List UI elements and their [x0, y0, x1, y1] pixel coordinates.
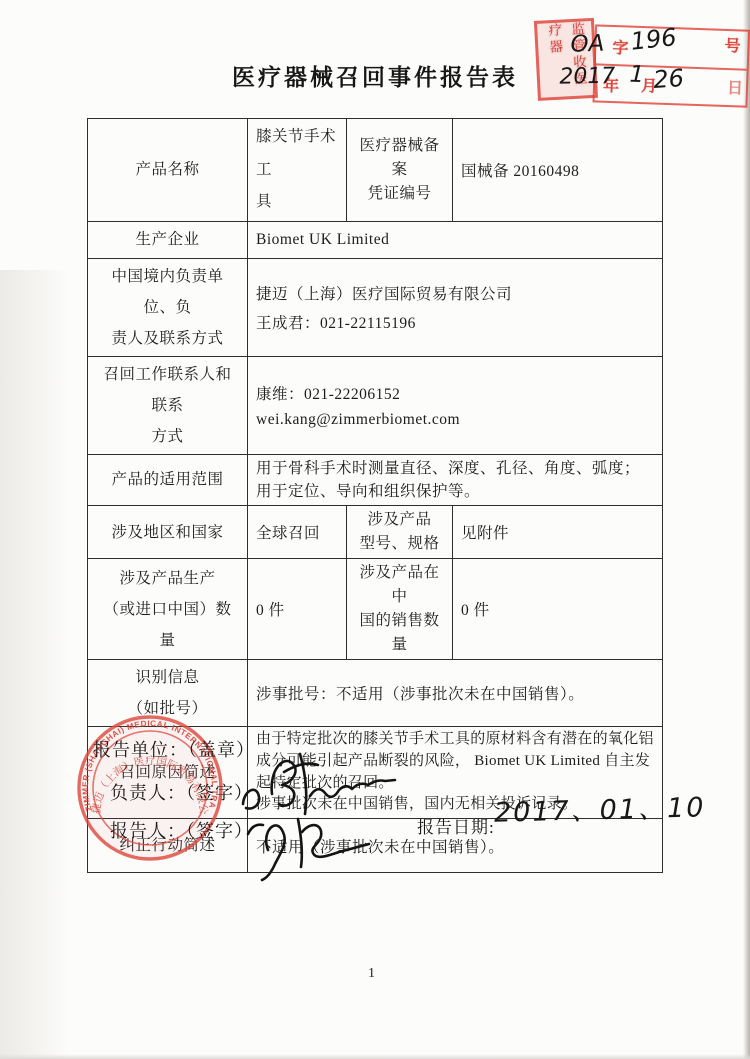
responsible-signature: [243, 754, 395, 814]
scan-shadow-right: [743, 0, 750, 1059]
label-intended-use: 产品的适用范围: [88, 454, 248, 506]
cell-production-qty: 0 件: [248, 559, 347, 660]
label-china-agent: 中国境内负责单位、负 责人及联系方式: [88, 258, 248, 356]
stamp-label-zi: 字: [612, 35, 629, 59]
label-product-name: 产品名称: [88, 119, 248, 222]
recall-contact-email: wei.kang@zimmerbiomet.com: [256, 411, 654, 429]
cell-product-name: 膝关节手术工 具: [248, 119, 347, 222]
cell-manufacturer: Biomet UK Limited: [248, 221, 663, 258]
label-regions: 涉及地区和国家: [88, 506, 248, 559]
label-models: 涉及产品 型号、规格: [347, 506, 453, 559]
scan-shadow-left: [0, 270, 70, 1059]
receipt-stamp: 监管收医疗器 字 号 年 月 日 OA 196 2017 1 26: [532, 8, 749, 109]
cell-models: 见附件: [453, 506, 663, 559]
label-production-qty: 涉及产品生产 （或进口中国）数量: [88, 559, 248, 660]
label-china-sales-qty: 涉及产品在中 国的销售数量: [347, 559, 453, 660]
reporter-signature: [248, 819, 369, 880]
cell-intended-use: 用于骨科手术时测量直径、深度、孔径、角度、弧度；用于定位、导向和组织保护等。: [248, 454, 663, 506]
handwritten-serial-prefix: OA: [570, 33, 605, 57]
label-manufacturer: 生产企业: [88, 221, 248, 258]
cell-registration-no: 国械备 20160498: [453, 119, 663, 222]
handwritten-serial-number: 196: [630, 25, 678, 54]
cell-china-agent: 捷迈（上海）医疗国际贸易有限公司 王成君：021-22115196: [248, 258, 663, 356]
stamp-label-day: 日: [727, 75, 744, 99]
report-date-label: 报告日期:: [417, 813, 495, 838]
page-number: 1: [368, 966, 375, 982]
cell-recall-contact: 康维：021-22206152 wei.kang@zimmerbiomet.co…: [248, 356, 663, 454]
recall-contact-phone: 康维：021-22206152: [256, 382, 654, 404]
handwritten-month: 1: [629, 64, 644, 87]
stamp-label-hao: 号: [724, 33, 741, 57]
label-recall-contact: 召回工作联系人和联系 方式: [88, 356, 248, 454]
cell-china-sales-qty: 0 件: [453, 559, 663, 660]
scan-shadow-bottom: [0, 1054, 750, 1059]
handwritten-day: 26: [653, 66, 685, 92]
handwritten-report-date: 2017、01、10: [494, 794, 706, 827]
agent-contact: 王成君：021-22115196: [256, 311, 654, 333]
agent-company: 捷迈（上海）医疗国际贸易有限公司: [256, 282, 654, 304]
cell-identification: 涉事批号：不适用（涉事批次未在中国销售）。: [248, 660, 663, 727]
signatures: [210, 722, 420, 882]
label-registration-no: 医疗器械备案 凭证编号: [347, 119, 453, 222]
handwritten-year: 2017: [559, 66, 615, 89]
cell-regions: 全球召回: [248, 506, 347, 559]
